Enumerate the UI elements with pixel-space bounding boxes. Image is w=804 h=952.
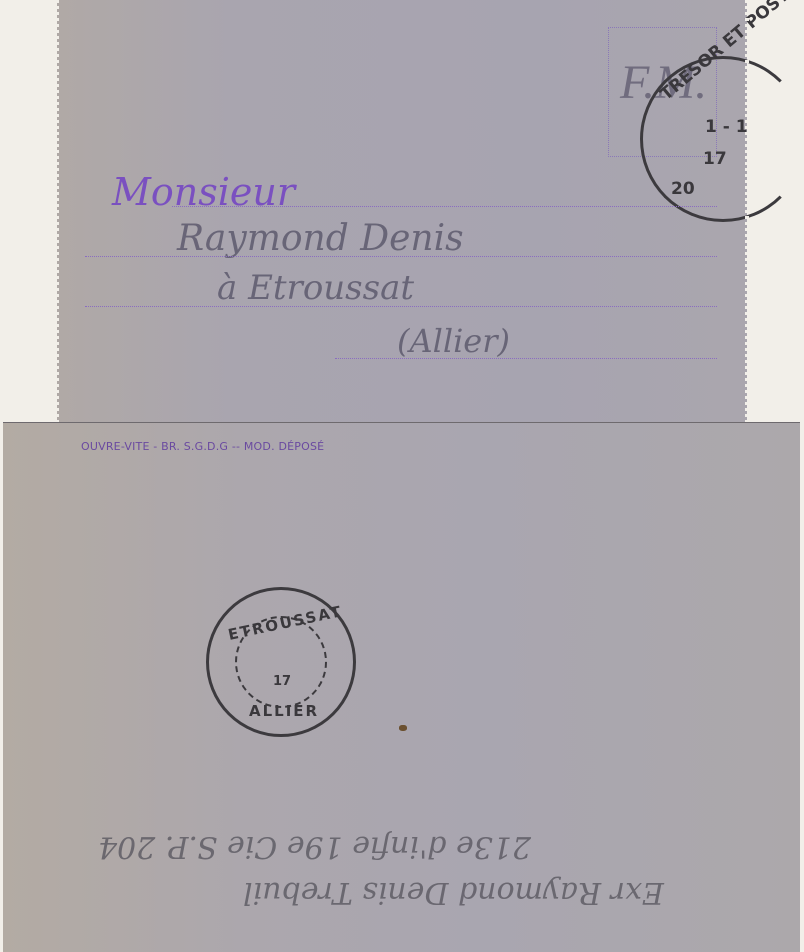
postmark-date-1: 1 - 1 (705, 117, 748, 137)
salutation-monsieur: Monsieur (112, 170, 295, 214)
postmark-sector: 20 (671, 179, 695, 199)
address-rule-4 (335, 358, 717, 359)
address-line-department: (Allier) (397, 322, 510, 360)
postmark-department: ALLIER (249, 702, 319, 720)
etroussat-postmark: ETROUSSAT 17 ALLIER (206, 587, 356, 737)
address-line-town: à Etroussat (217, 268, 414, 308)
paper-stain (399, 725, 407, 731)
tresor-postes-postmark: TRESOR ET POSTES 1 - 1 17 20 (640, 56, 804, 222)
letter-card-back: OUVRE-VITE - BR. S.G.D.G -- MOD. DÉPOSÉ … (3, 422, 800, 952)
sender-note-line-2: Exr Raymond Denis Trebuil (243, 875, 664, 910)
letter-card-front: F.M. TRESOR ET POSTES 1 - 1 17 20 Monsie… (57, 0, 747, 422)
address-line-name: Raymond Denis (177, 218, 464, 259)
sender-note-line-1: 213e d'infie 19e Cie S.P. 204 (98, 829, 531, 864)
address-rule-1 (172, 206, 717, 207)
postmark-date: 17 (273, 674, 291, 689)
postmark-date-2: 17 (703, 149, 727, 169)
brand-line: OUVRE-VITE - BR. S.G.D.G -- MOD. DÉPOSÉ (81, 440, 324, 453)
address-rule-2 (85, 256, 717, 257)
address-rule-3 (85, 306, 717, 307)
